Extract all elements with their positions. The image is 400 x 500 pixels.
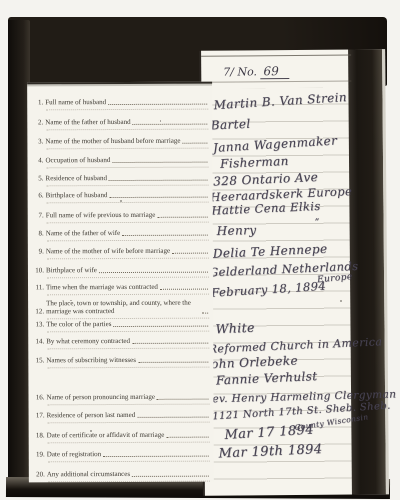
answer-dotted-line: [47, 294, 209, 296]
field-number: 2.: [32, 118, 45, 126]
answer-dotted-line: [47, 331, 209, 333]
dotted-leader: [133, 124, 208, 125]
dotted-leader: [182, 143, 207, 144]
dotted-leader: [137, 417, 208, 418]
form-field-row: 8.Name of the father of wife: [33, 229, 209, 242]
answer-dotted-line: [47, 222, 209, 224]
answer-dotted-line: [47, 277, 209, 279]
dotted-leader: [132, 343, 208, 344]
answer-dotted-line: [46, 167, 208, 169]
field-number: 17.: [34, 411, 47, 419]
field-label: The color of the parties: [46, 320, 111, 328]
field-label: Names of subscribing witnesses: [46, 356, 136, 364]
answer-dotted-line: [48, 442, 210, 444]
form-field-row: 1.Full name of husband: [32, 98, 208, 111]
printed-form-label-column: 1.Full name of husband2.Name of the fath…: [27, 82, 214, 483]
field-number: 15.: [33, 356, 46, 364]
dotted-leader: [114, 326, 209, 327]
handwritten-value: ”: [315, 218, 320, 228]
scanned-marriage-record-page: 7/ No. 69 Martin B. Van StreinBartelJann…: [0, 0, 400, 500]
form-field-row: 13.The color of the parties: [33, 320, 209, 333]
answer-dotted-line: [47, 348, 209, 350]
field-number: 11.: [33, 283, 46, 291]
field-label: Time when the marriage was contracted: [46, 283, 158, 291]
field-number: 8.: [33, 229, 46, 237]
field-number: 3.: [32, 137, 45, 145]
dotted-leader: [166, 437, 208, 438]
field-number: 1.: [32, 98, 45, 106]
header-rule: [201, 55, 351, 57]
form-field-row: 5.Residence of husband: [33, 174, 209, 187]
form-field-row: 16.Name of person pronouncing marriage: [33, 393, 209, 406]
header-rule: [201, 81, 351, 83]
answer-dotted-line: [47, 258, 209, 260]
field-label: Any additional circumstances: [47, 470, 130, 478]
form-field-row: 14.By what ceremony contracted: [33, 337, 209, 350]
form-field-row: 9.Name of the mother of wife before marr…: [33, 247, 209, 260]
field-label: Full name of wife previous to marriage: [46, 211, 156, 219]
dotted-leader: [202, 313, 208, 314]
field-number: 9.: [33, 247, 46, 255]
field-label: Name of the father of wife: [46, 229, 120, 237]
handwritten-value: Bartel: [210, 117, 250, 133]
field-number: 10.: [33, 266, 46, 274]
dotted-leader: [103, 456, 209, 457]
dotted-leader: [99, 272, 208, 273]
field-label: Date of registration: [47, 450, 101, 458]
field-label: Full name of husband: [45, 98, 106, 106]
form-field-row: 17.Residence of person last named: [34, 411, 210, 424]
form-field-row: 15.Names of subscribing witnesses: [33, 356, 209, 369]
dotted-leader: [132, 476, 209, 477]
field-number: 4.: [32, 156, 45, 164]
field-number: 13.: [33, 320, 46, 328]
record-number-value: 69: [260, 64, 288, 79]
dotted-leader: [138, 362, 208, 363]
dotted-leader: [108, 104, 207, 105]
handwritten-value: Fisherman: [220, 154, 289, 171]
form-field-row: 20.Any additional circumstances: [34, 470, 210, 483]
field-number: 7.: [33, 211, 46, 219]
dotted-leader: [157, 217, 207, 218]
field-label: Date of certificate or affidavit of marr…: [47, 431, 165, 440]
field-label: Occupation of husband: [45, 156, 110, 164]
form-field-row: 4.Occupation of husband: [32, 156, 208, 169]
handwritten-value: White: [215, 320, 255, 337]
field-label: Residence of person last named: [47, 411, 136, 419]
record-number-prefix: 7/: [223, 66, 234, 79]
answer-dotted-line: [47, 185, 209, 187]
field-number: 20.: [34, 470, 47, 478]
dotted-leader: [160, 289, 208, 290]
field-number: 19.: [34, 450, 47, 458]
field-number: 12.: [33, 307, 46, 315]
field-label: Name of the mother of wife before marria…: [46, 247, 170, 256]
answer-dotted-line: [48, 422, 210, 424]
dotted-leader: [109, 180, 208, 181]
field-number: 5.: [33, 174, 46, 182]
answer-dotted-line: [48, 461, 210, 463]
manuscript-answer-column: 7/ No. 69 Martin B. Van StreinBartelJann…: [201, 49, 389, 496]
form-field-row: 7.Full name of wife previous to marriage: [33, 211, 209, 224]
field-label: Residence of husband: [46, 174, 107, 182]
field-number: 6.: [33, 191, 46, 199]
form-field-row: 19.Date of registration: [34, 450, 210, 463]
form-field-row: 18.Date of certificate or affidavit of m…: [34, 431, 210, 444]
form-field-row: 12.The place, town or township, and coun…: [33, 299, 209, 320]
field-label: Birthplace of wife: [46, 266, 97, 274]
handwritten-value: Henry: [216, 223, 256, 238]
field-label: Name of the father of husband: [45, 118, 130, 126]
dotted-leader: [172, 253, 208, 254]
form-field-row: 2.Name of the father of husband: [32, 118, 208, 131]
dotted-leader: [112, 162, 207, 163]
answer-dotted-line: [46, 148, 208, 150]
record-number: 7/ No. 69: [223, 64, 289, 79]
form-field-row: 3.Name of the mother of husband before m…: [32, 137, 208, 150]
field-number: 14.: [33, 337, 46, 345]
answer-dotted-line: [47, 240, 209, 242]
record-number-label: No.: [237, 65, 257, 78]
dotted-leader: [157, 399, 209, 400]
field-label: Name of the mother of husband before mar…: [45, 137, 180, 146]
field-label: Name of person pronouncing marriage: [46, 393, 155, 401]
answer-dotted-line: [46, 109, 208, 111]
form-field-row: 11.Time when the marriage was contracted: [33, 283, 209, 296]
field-label: The place, town or township, and county,…: [46, 299, 200, 316]
answer-dotted-line: [48, 404, 210, 406]
answer-dotted-line: [46, 129, 208, 131]
dotted-leader: [122, 235, 208, 236]
field-number: 16.: [33, 393, 46, 401]
field-label: Birthplace of husband: [46, 191, 108, 199]
answer-dotted-line: [47, 202, 209, 204]
dotted-leader: [109, 197, 207, 198]
field-label: By what ceremony contracted: [46, 337, 130, 345]
answer-dotted-line: [47, 367, 209, 369]
field-number: 18.: [34, 431, 47, 439]
form-field-row: 10.Birthplace of wife: [33, 266, 209, 279]
